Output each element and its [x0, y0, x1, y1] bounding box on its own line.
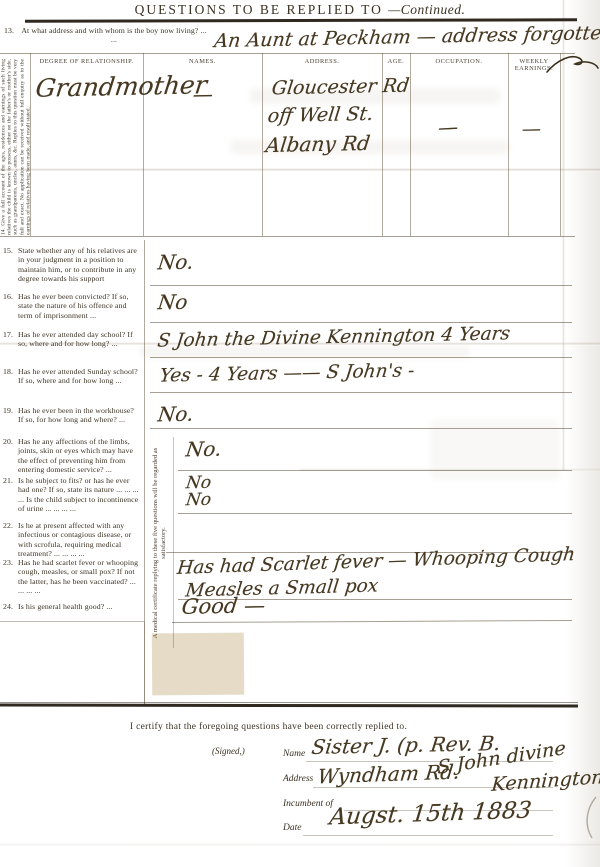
date-underline	[303, 835, 553, 836]
answer-rule-15	[150, 285, 572, 286]
cell-relationship-value: Grandmother	[34, 70, 209, 103]
incumbent-label: Incumbent of	[283, 799, 333, 809]
table-divider	[410, 53, 411, 236]
answer-rule-17	[150, 357, 572, 358]
question-row-21: 21. Is he subject to fits? or has he eve…	[3, 476, 141, 514]
question-row-23: 23. Has he had scarlet fever or whooping…	[3, 558, 141, 596]
medical-note-divider	[173, 437, 174, 648]
answer-20-handwriting: No.	[185, 437, 224, 462]
question-13-text: At what address and with whom is the boy…	[19, 26, 209, 45]
question-row-15: 15. State whether any of his relatives a…	[3, 246, 141, 284]
cell-address-line2: off Well St.	[267, 103, 375, 127]
answer-rule-20	[178, 470, 572, 471]
page-title-continued: —Continued.	[388, 2, 465, 17]
answer-rule-18	[150, 392, 572, 393]
question-text: Has he ever attended Sunday school? If s…	[18, 367, 141, 386]
certify-statement: I certify that the foregoing questions h…	[130, 722, 407, 732]
answer-18-handwriting: Yes - 4 Years —— S John's -	[158, 360, 415, 386]
answer-16-handwriting: No	[157, 290, 189, 315]
question-column-bottom-rule	[0, 621, 144, 622]
answer-15-handwriting: No.	[157, 250, 196, 275]
signed-label: (Signed,)	[212, 746, 245, 756]
header-degree-of-relationship: DEGREE OF RELATIONSHIP.	[32, 58, 141, 65]
question-row-22: 22. Is he at present affected with any i…	[3, 521, 141, 559]
question-text: Is his general health good? ...	[18, 602, 141, 611]
question-number: 22.	[3, 521, 18, 559]
question-number: 21.	[3, 476, 18, 514]
question-number: 18.	[3, 367, 18, 386]
cell-weekly-earnings-value: —	[521, 118, 543, 140]
medical-certificate-note: A medical certificate replying to these …	[146, 437, 173, 648]
table-divider	[508, 53, 509, 236]
cell-address-line3: Albany Rd	[264, 131, 371, 157]
header-age: AGE.	[383, 58, 409, 65]
question-number: 17.	[3, 330, 18, 349]
answer-21b-handwriting: No	[185, 490, 213, 511]
paper-crease-horizontal-1	[0, 168, 600, 172]
page-title-main: QUESTIONS TO BE REPLIED TO	[135, 2, 383, 17]
answer-rule-24	[172, 620, 572, 623]
question-text: Has he had scarlet fever or whooping cou…	[18, 558, 141, 596]
question-row-17: 17. Has he ever attended day school? If …	[3, 330, 141, 349]
corner-crease-mark	[578, 795, 600, 840]
answer-rule-21	[178, 513, 572, 514]
question-13-number: 13.	[4, 26, 19, 45]
date-label: Date	[283, 823, 301, 833]
cell-names-value: —	[192, 82, 215, 106]
scanned-form-page: { "page": { "title": "QUESTIONS TO BE RE…	[0, 0, 600, 867]
pen-flourish-mark	[545, 50, 600, 80]
ink-bleed-smudge	[430, 420, 560, 480]
table-divider	[262, 53, 263, 236]
table-top-rule	[0, 53, 575, 54]
header-occupation: OCCUPATION.	[412, 58, 506, 65]
page-title: QUESTIONS TO BE REPLIED TO —Continued.	[0, 2, 600, 18]
question-text: State whether any of his relatives are i…	[18, 246, 141, 284]
header-address: ADDRESS.	[264, 58, 380, 65]
answer-24-handwriting: Good —	[180, 593, 266, 619]
question-number: 23.	[3, 558, 18, 596]
table-bottom-rule	[0, 236, 575, 237]
question-number: 19.	[3, 406, 18, 425]
question-14-side-note: 14. Give a full account of the ages, res…	[1, 57, 31, 237]
question-14-side-note-text: 14. Give a full account of the ages, res…	[0, 59, 31, 235]
question-row-16: 16. Has he ever been convicted? If so, s…	[3, 292, 141, 320]
question-number: 15.	[3, 246, 18, 284]
table-divider	[560, 53, 561, 236]
name-label: Name	[283, 749, 305, 759]
footer-rule-thick	[0, 703, 578, 707]
paper-crease-horizontal-4	[0, 843, 600, 847]
paper-edge-shadow	[566, 0, 600, 867]
cell-address-line1: Gloucester Rd	[270, 75, 410, 100]
question-text: Has he ever been in the workhouse? If so…	[18, 406, 141, 425]
question-row-24: 24. Is his general health good? ...	[3, 602, 141, 611]
question-number: 24.	[3, 602, 18, 611]
question-row-18: 18. Has he ever attended Sunday school? …	[3, 367, 141, 386]
address-label: Address	[283, 774, 313, 784]
bottom-box-divider	[144, 621, 145, 704]
answer-23-handwriting: Has had Scarlet fever — Whooping Cough	[176, 544, 576, 579]
medical-certificate-note-text: A medical certificate replying to these …	[152, 440, 168, 645]
question-13-answer-handwriting: An Aunt at Peckham — address forgotten	[213, 22, 600, 52]
cell-occupation-value: —	[437, 114, 458, 139]
date-value-handwriting: Augst. 15th 1883	[328, 798, 533, 831]
question-text: Has he ever been convicted? If so, state…	[18, 292, 141, 320]
question-number: 16.	[3, 292, 18, 320]
address-value-handwriting: Wyndham Rd.	[316, 760, 461, 789]
title-rule	[25, 18, 577, 22]
header-names: NAMES.	[145, 58, 260, 65]
question-number: 20.	[3, 437, 18, 475]
question-row-19: 19. Has he ever been in the workhouse? I…	[3, 406, 141, 425]
answer-19-handwriting: No.	[157, 402, 196, 427]
answer-rule-19	[150, 428, 572, 429]
question-text: Has he any affections of the limbs, join…	[18, 437, 141, 475]
question-row-20: 20. Has he any affections of the limbs, …	[3, 437, 141, 475]
question-text: Is he subject to fits? or has he ever ha…	[18, 476, 141, 514]
question-13-row: 13. At what address and with whom is the…	[4, 26, 209, 45]
question-text: Has he ever attended day school? If so, …	[18, 330, 141, 349]
question-text: Is he at present affected with any infec…	[18, 521, 141, 559]
